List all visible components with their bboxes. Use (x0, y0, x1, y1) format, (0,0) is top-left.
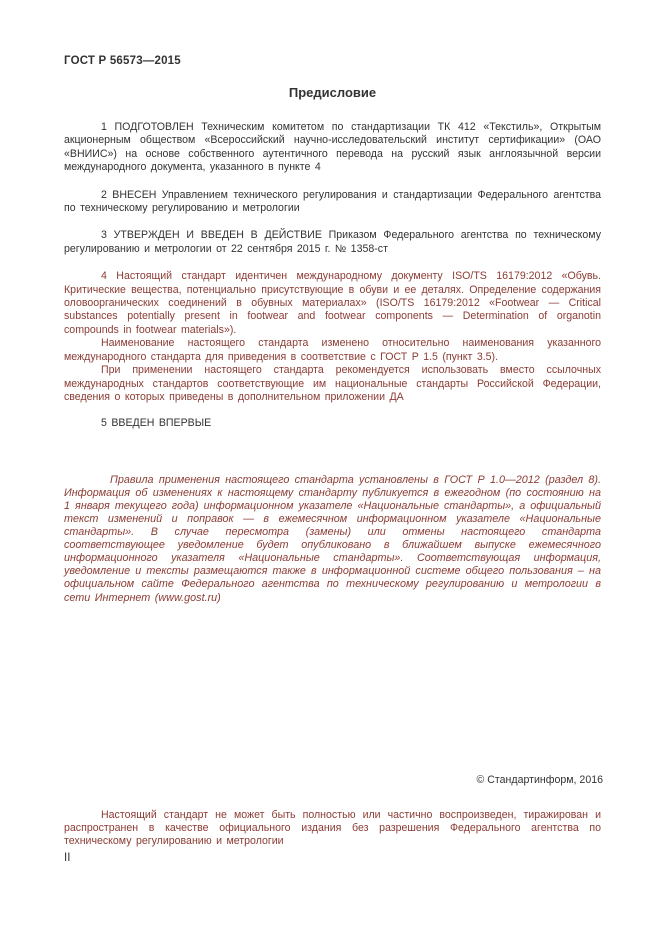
document-code: ГОСТ Р 56573—2015 (64, 55, 601, 67)
foreword-item-2: 2 ВНЕСЕН Управлением технического регули… (64, 189, 601, 216)
page-title: Предисловие (64, 85, 601, 100)
foreword-item-3: 3 УТВЕРЖДЕН И ВВЕДЕН В ДЕЙСТВИЕ Приказом… (64, 229, 601, 256)
foreword-content: ГОСТ Р 56573—2015 Предисловие 1 ПОДГОТОВ… (64, 0, 601, 615)
copyright-notice: © Стандартинформ, 2016 (477, 774, 603, 786)
page-number: II (64, 852, 70, 864)
foreword-item-4-note-references: При применении настоящего стандарта реко… (64, 364, 601, 404)
foreword-item-4-note-renaming: Наименование настоящего стандарта измене… (64, 337, 601, 364)
foreword-item-4: 4 Настоящий стандарт идентичен междунаро… (64, 270, 601, 337)
document-page: ГОСТ Р 56573—2015 Предисловие 1 ПОДГОТОВ… (0, 0, 661, 935)
rules-of-application-note: Правила применения настоящего стандарта … (64, 474, 601, 605)
foreword-item-1: 1 ПОДГОТОВЛЕН Техническим комитетом по с… (64, 121, 601, 175)
distribution-restriction-notice: Настоящий стандарт не может быть полност… (64, 809, 601, 849)
foreword-item-5: 5 ВВЕДЕН ВПЕРВЫЕ (64, 417, 601, 430)
